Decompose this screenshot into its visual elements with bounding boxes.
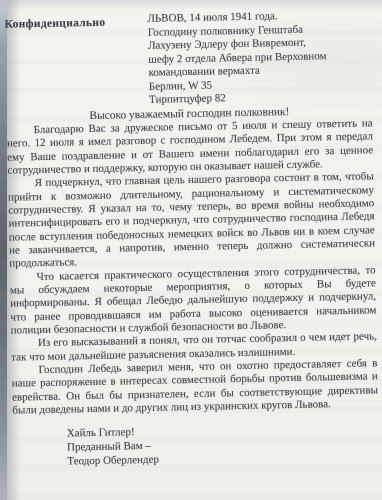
- letter-content: Конфиденциально ЛЬВОВ, 14 июля 1941 года…: [4, 8, 379, 470]
- closing-block: Хайль Гитлер! Преданный Вам – Теодор Обе…: [67, 422, 380, 470]
- body-paragraph: Господин Лебедь заверил меня, что он охо…: [11, 357, 378, 418]
- letter-body: Благодарю Вас за дружеское письмо от 5 и…: [7, 117, 379, 418]
- letter-head: ЛЬВОВ, 14 июля 1941 года. Господину полк…: [147, 8, 372, 107]
- scanned-letter-page: Конфиденциально ЛЬВОВ, 14 июля 1941 года…: [0, 0, 382, 500]
- body-paragraph: Благодарю Вас за дружеское письмо от 5 и…: [7, 117, 374, 178]
- body-paragraph: Что касается практического осуществления…: [10, 264, 377, 338]
- confidential-stamp: Конфиденциально: [4, 17, 105, 32]
- body-paragraph: Я подчеркнул, что главная цель нашего ра…: [8, 171, 376, 272]
